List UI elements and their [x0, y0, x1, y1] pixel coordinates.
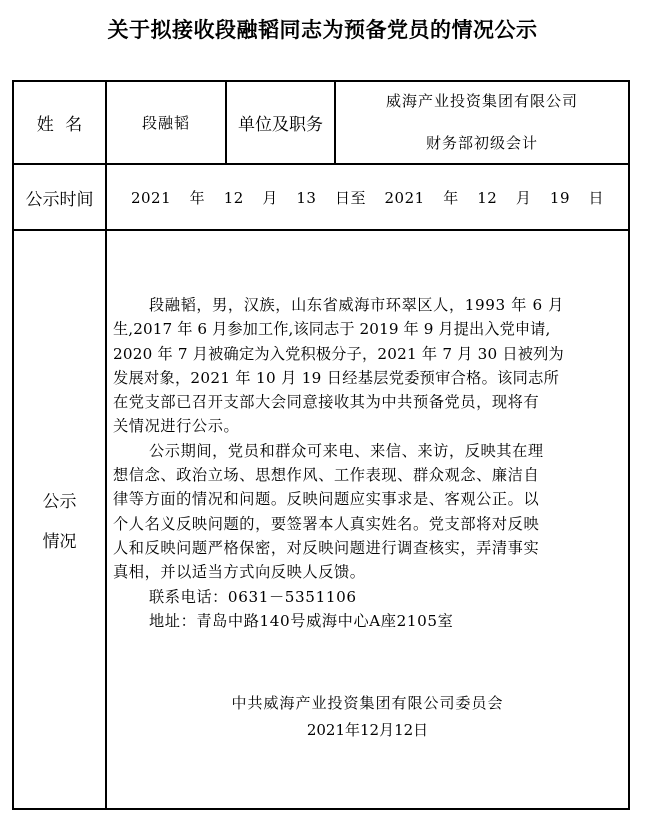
paragraph2-line: 人和反映问题严格保密，对反映问题进行调查核实，弄清事实	[113, 536, 623, 560]
paragraph2-line: 公示期间，党员和群众可来电、来信、来访，反映其在理	[113, 439, 623, 463]
contact-address: 地址：青岛中路140号威海中心A座2105室	[113, 609, 623, 633]
paragraph2-line: 个人名义反映问题的，要签署本人真实姓名。党支部将对反映	[113, 512, 623, 536]
unit-company: 威海产业投资集团有限公司	[336, 91, 628, 111]
name-label: 姓 名	[14, 82, 105, 163]
paragraph1-line: 关情况进行公示。	[113, 414, 623, 438]
paragraph1-line: 段融韬，男，汉族，山东省威海市环翠区人，1993 年 6 月	[113, 293, 623, 317]
situation-body: 段融韬，男，汉族，山东省威海市环翠区人，1993 年 6 月 生,2017 年 …	[113, 293, 623, 633]
paragraph1-line: 2020 年 7 月被确定为入党积极分子，2021 年 7 月 30 日被列为	[113, 342, 623, 366]
paragraph2-line: 律等方面的情况和问题。反映问题应实事求是、客观公正。以	[113, 487, 623, 511]
period-label: 公示时间	[14, 165, 105, 229]
period-value: 2021 年 12 月 13 日至 2021 年 12 月 19 日	[107, 165, 628, 229]
page-title: 关于拟接收段融韬同志为预备党员的情况公示	[0, 14, 645, 46]
paragraph2-line: 真相，并以适当方式向反映人反馈。	[113, 560, 623, 584]
situation-label-line2: 情况	[14, 527, 105, 552]
paragraph1-line: 在党支部已召开支部大会同意接收其为中共预备党员，现将有	[113, 390, 623, 414]
paragraph2-line: 想信念、政治立场、思想作风、工作表现、群众观念、廉洁自	[113, 463, 623, 487]
unit-label: 单位及职务	[227, 82, 334, 163]
issue-date: 2021年12月12日	[107, 719, 628, 740]
unit-value: 威海产业投资集团有限公司 财务部初级会计	[336, 82, 628, 163]
name-value: 段融韬	[107, 82, 225, 163]
paragraph1-line: 生,2017 年 6 月参加工作,该同志于 2019 年 9 月提出入党申请,	[113, 317, 623, 341]
table-border-right	[628, 80, 630, 810]
contact-phone: 联系电话：0631－5351106	[113, 585, 623, 609]
situation-label-line1: 公示	[14, 487, 105, 512]
paragraph1-line: 发展对象，2021 年 10 月 19 日经基层党委预审合格。该同志所	[113, 366, 623, 390]
issuer: 中共威海产业投资集团有限公司委员会	[107, 692, 628, 713]
unit-position: 财务部初级会计	[336, 133, 628, 153]
